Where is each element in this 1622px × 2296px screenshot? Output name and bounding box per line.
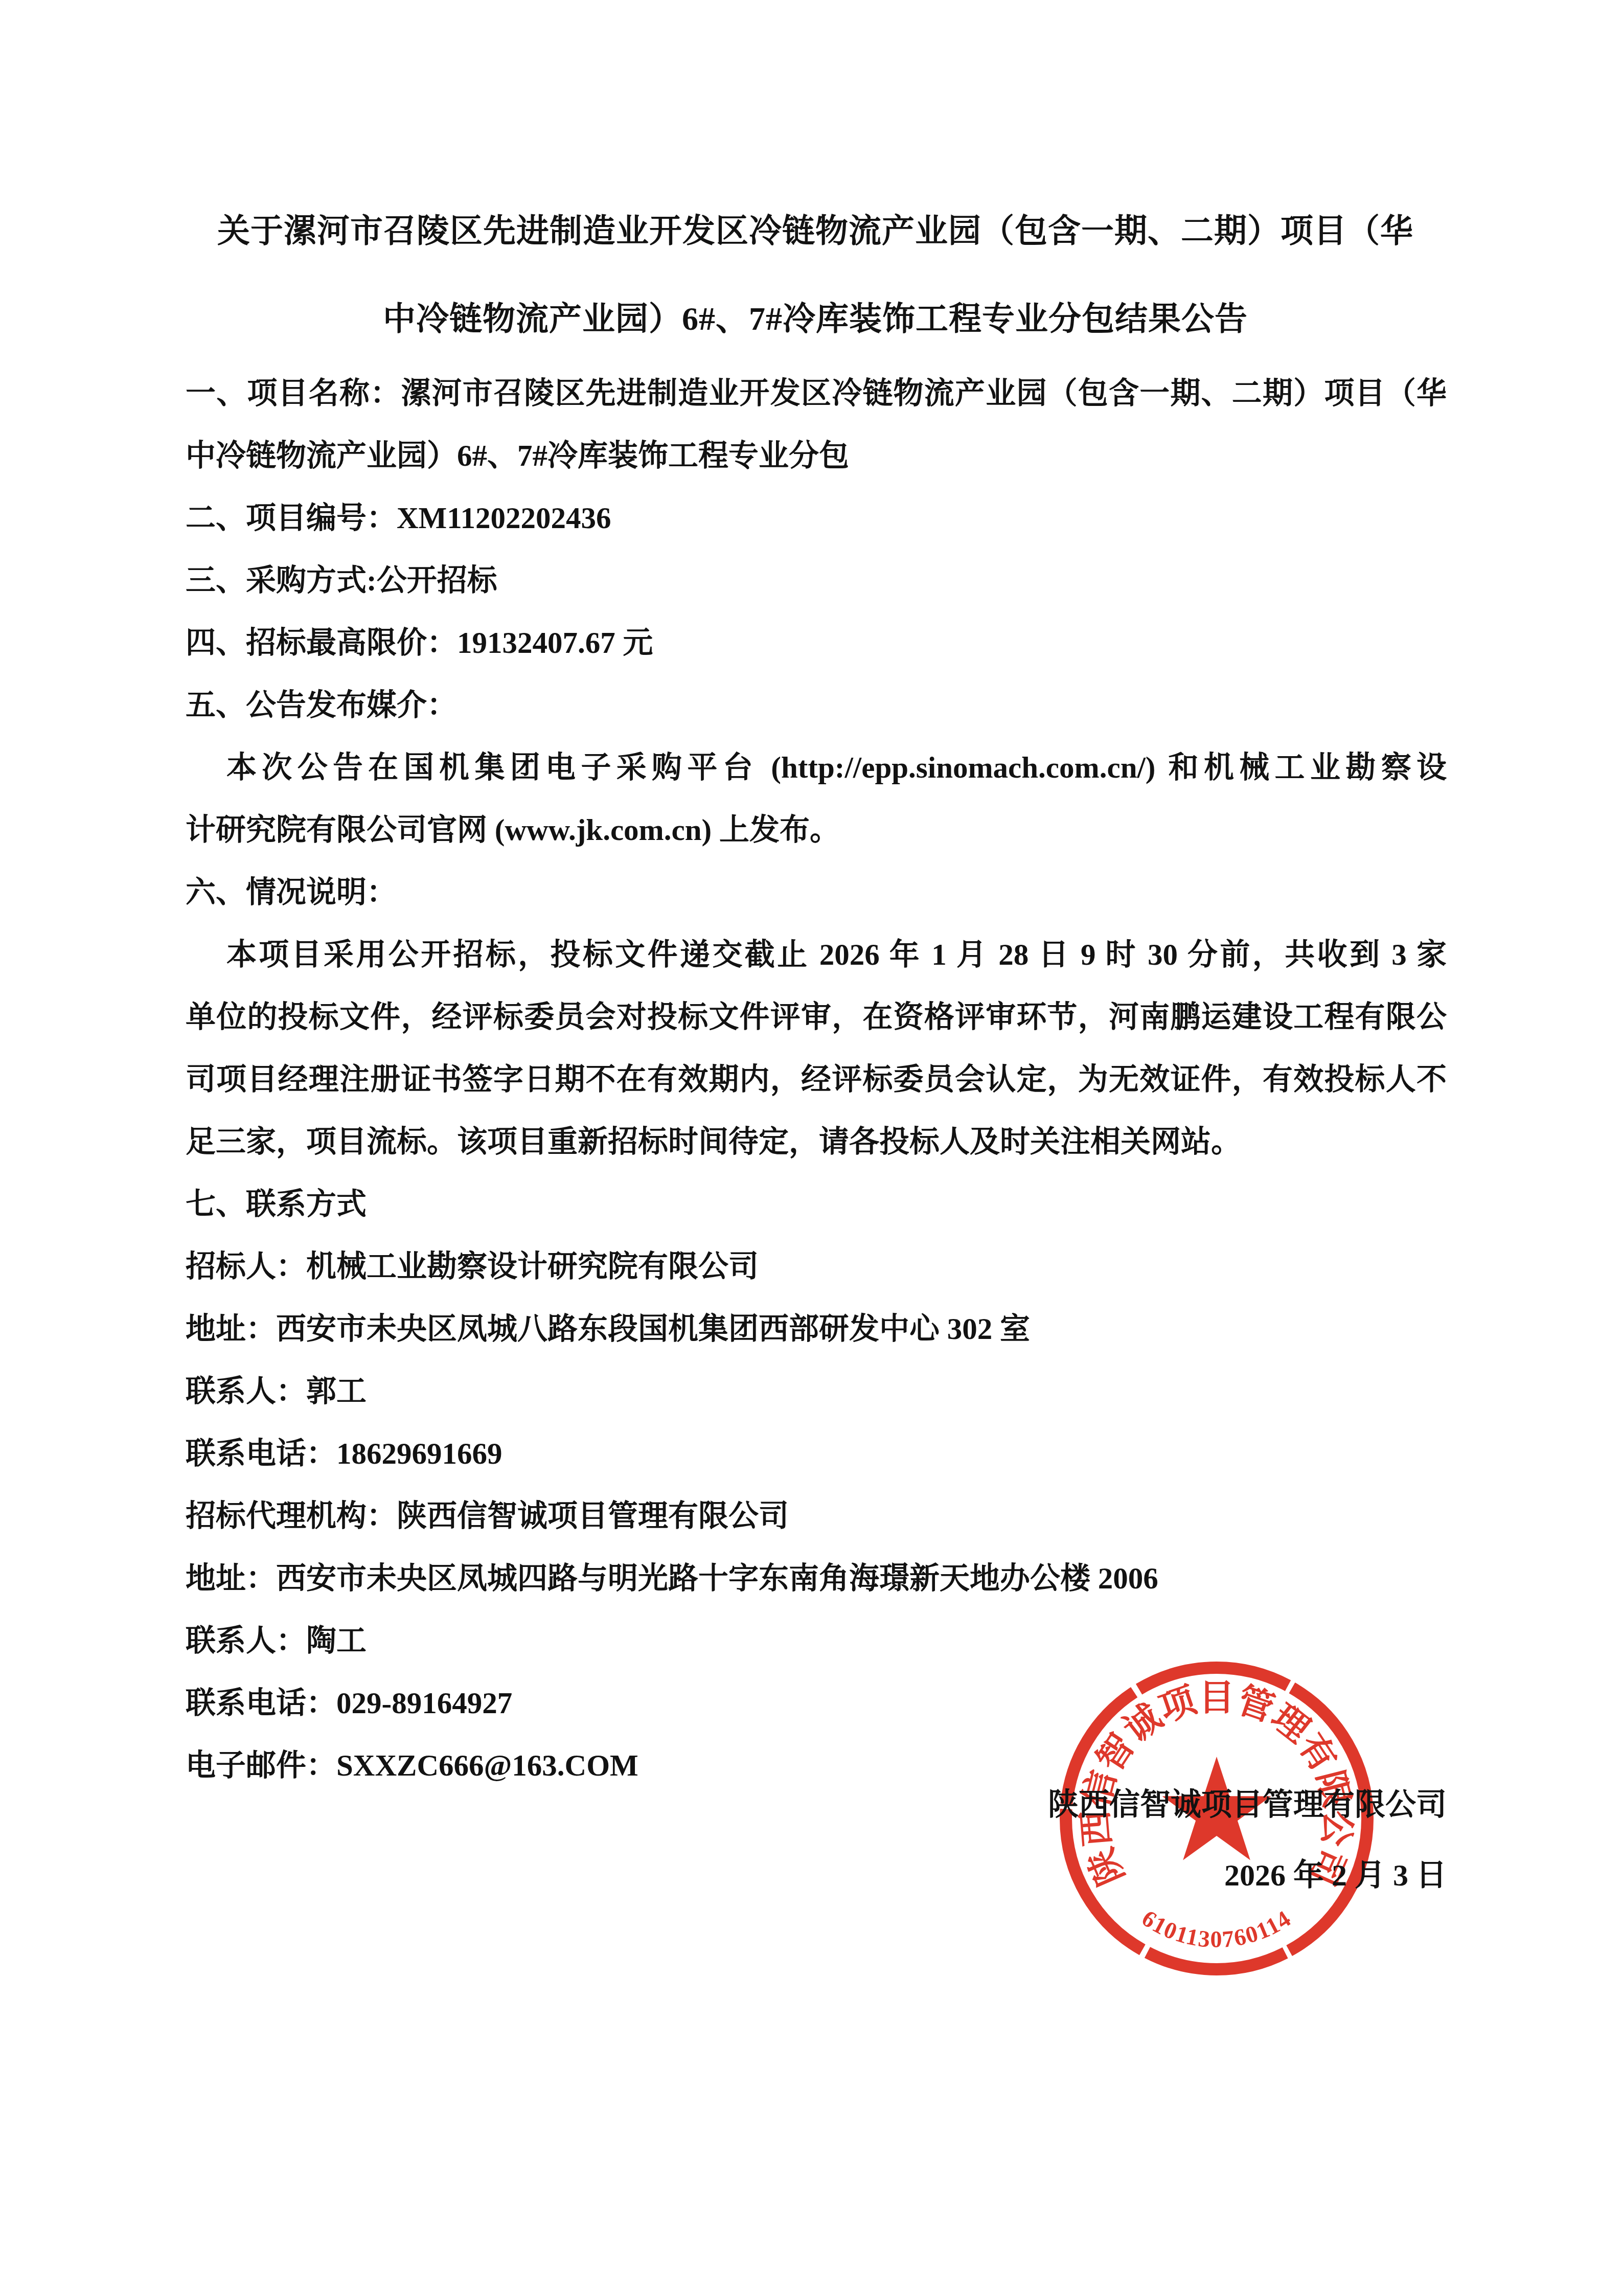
doc-line-media-body-1: 本次公告在国机集团电子采购平台 (http://epp.sinomach.com…	[186, 736, 1447, 799]
title-line-1: 关于漯河市召陵区先进制造业开发区冷链物流产业园（包含一期、二期）项目（华	[184, 187, 1447, 275]
title-line-2: 中冷链物流产业园）6#、7#冷库装饰工程专业分包结果公告	[184, 275, 1447, 363]
doc-line-max-price: 四、招标最高限价：19132407.67 元	[186, 611, 1447, 674]
doc-line-agency-address: 地址：西安市未央区凤城四路与明光路十字东南角海璟新天地办公楼 2006	[186, 1547, 1447, 1609]
doc-line-tenderee-address: 地址：西安市未央区凤城八路东段国机集团西部研发中心 302 室	[186, 1298, 1447, 1360]
doc-line-procurement-method: 三、采购方式:公开招标	[186, 549, 1447, 611]
doc-line-situation-4: 足三家，项目流标。该项目重新招标时间待定，请各投标人及时关注相关网站。	[186, 1110, 1447, 1173]
doc-line-project-name-2: 中冷链物流产业园）6#、7#冷库装饰工程专业分包	[186, 424, 1447, 487]
doc-line-agency-phone: 联系电话：029-89164927	[186, 1672, 1447, 1734]
doc-line-tenderee-phone: 联系电话：18629691669	[186, 1422, 1447, 1485]
doc-line-project-number: 二、项目编号：XM11202202436	[186, 487, 1447, 549]
doc-line-situation-heading: 六、情况说明：	[186, 861, 1447, 923]
seal-serial-textpath: 6101130760114	[1137, 1905, 1296, 1952]
doc-line-tenderee-contact: 联系人：郭工	[186, 1360, 1447, 1422]
doc-line-media-body-2: 计研究院有限公司官网 (www.jk.com.cn) 上发布。	[186, 799, 1447, 861]
seal-serial-number: 6101130760114	[1137, 1905, 1296, 1952]
announcement-document: 关于漯河市召陵区先进制造业开发区冷链物流产业园（包含一期、二期）项目（华 中冷链…	[0, 0, 1622, 2296]
doc-line-situation-1: 本项目采用公开招标，投标文件递交截止 2026 年 1 月 28 日 9 时 3…	[186, 923, 1447, 986]
document-title: 关于漯河市召陵区先进制造业开发区冷链物流产业园（包含一期、二期）项目（华 中冷链…	[184, 187, 1447, 363]
doc-line-agency: 招标代理机构：陕西信智诚项目管理有限公司	[186, 1485, 1447, 1547]
doc-line-tenderee: 招标人：机械工业勘察设计研究院有限公司	[186, 1235, 1447, 1298]
doc-line-contact-heading: 七、联系方式	[186, 1173, 1447, 1235]
doc-line-agency-contact: 联系人：陶工	[186, 1609, 1447, 1672]
signature-date: 2026 年 2 月 3 日	[1224, 1857, 1447, 1893]
doc-line-situation-3: 司项目经理注册证书签字日期不在有效期内，经评标委员会认定，为无效证件，有效投标人…	[186, 1048, 1447, 1110]
doc-line-situation-2: 单位的投标文件，经评标委员会对投标文件评审，在资格评审环节，河南鹏运建设工程有限…	[186, 986, 1447, 1048]
signature-company: 陕西信智诚项目管理有限公司	[1048, 1787, 1447, 1823]
doc-line-project-name-1: 一、项目名称：漯河市召陵区先进制造业开发区冷链物流产业园（包含一期、二期）项目（…	[186, 362, 1447, 424]
doc-line-media-heading: 五、公告发布媒介：	[186, 674, 1447, 736]
document-body: 一、项目名称：漯河市召陵区先进制造业开发区冷链物流产业园（包含一期、二期）项目（…	[186, 362, 1447, 1797]
